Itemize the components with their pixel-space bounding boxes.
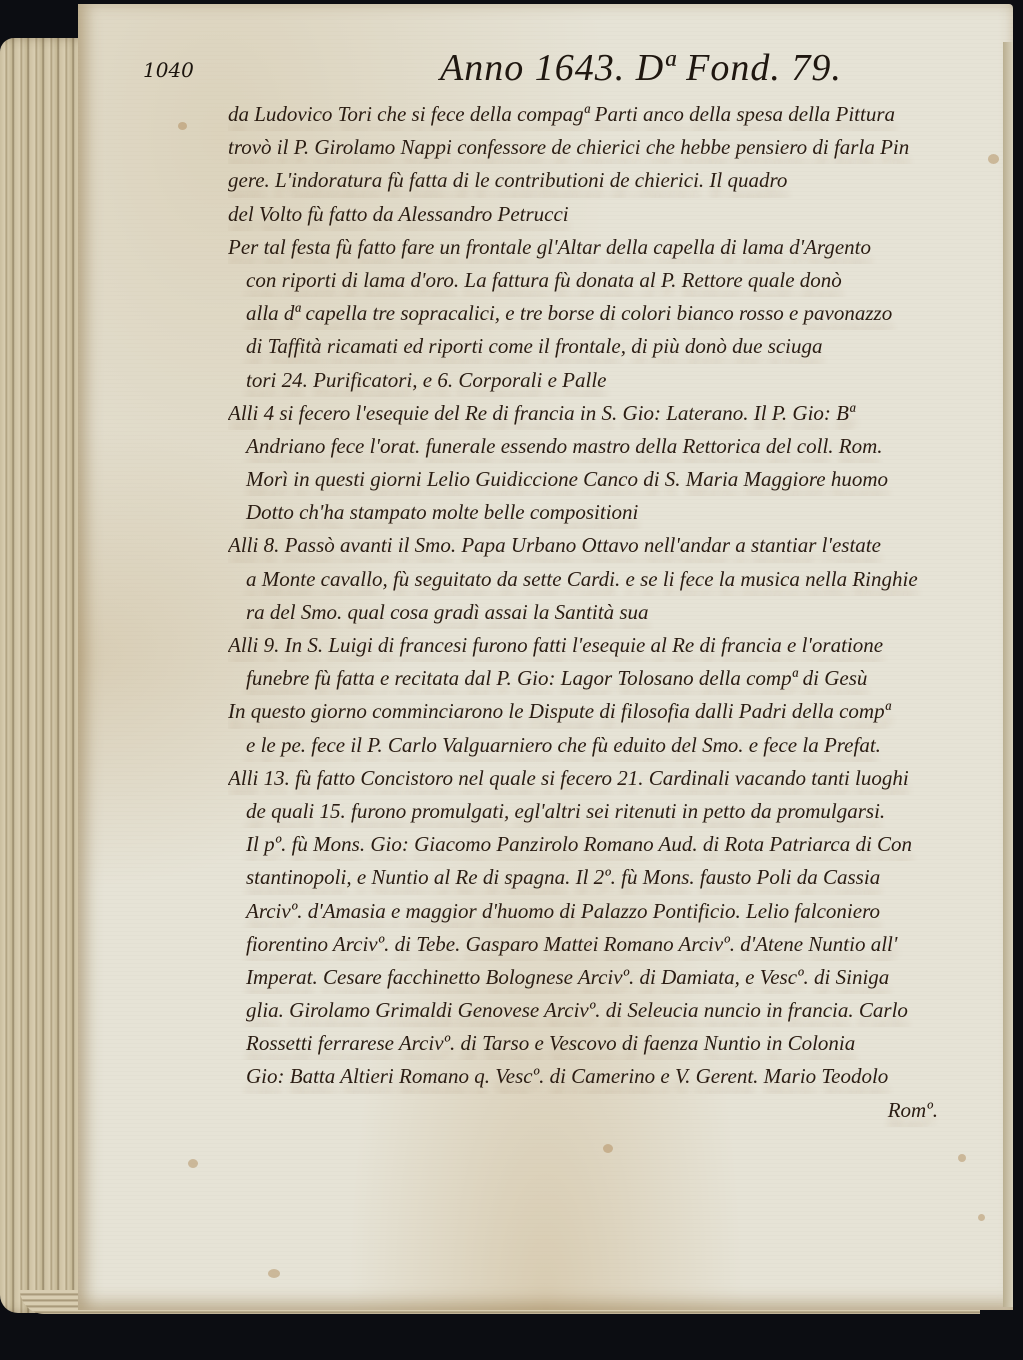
page-right-edge (1003, 42, 1013, 1307)
text-line: di Taffità ricamati ed riporti come il f… (228, 330, 968, 363)
text-line: Morì in questi giorni Lelio Guidiccione … (228, 463, 968, 496)
text-line: ra del Smo. qual cosa gradì assai la San… (228, 596, 968, 629)
text-line: con riporti di lama d'oro. La fattura fù… (228, 264, 968, 297)
text-line: funebre fù fatta e recitata dal P. Gio: … (228, 662, 968, 695)
foxing-spot (178, 122, 187, 130)
text-line: stantinopoli, e Nuntio al Re di spagna. … (228, 861, 968, 894)
text-line: Per tal festa fù fatto fare un frontale … (228, 231, 968, 264)
manuscript-text: da Ludovico Tori che si fece della compa… (228, 98, 968, 1127)
text-line: Il pº. fù Mons. Gio: Giacomo Panzirolo R… (228, 828, 968, 861)
text-line: trovò il P. Girolamo Nappi confessore de… (228, 131, 968, 164)
foxing-spot (268, 1269, 280, 1278)
foxing-spot (988, 154, 999, 164)
foxing-spot (958, 1154, 966, 1162)
text-line: Andriano fece l'orat. funerale essendo m… (228, 430, 968, 463)
text-line: In questo giorno comminciarono le Disput… (228, 695, 968, 728)
text-line: Imperat. Cesare facchinetto Bolognese Ar… (228, 961, 968, 994)
text-line: e le pe. fece il P. Carlo Valguarniero c… (228, 729, 968, 762)
text-line: Romº. (228, 1094, 968, 1127)
text-line: Arcivº. d'Amasia e maggior d'huomo di Pa… (228, 895, 968, 928)
text-line: fiorentino Arcivº. di Tebe. Gasparo Matt… (228, 928, 968, 961)
text-line: Alli 4 si fecero l'esequie del Re di fra… (228, 397, 968, 430)
text-line: glia. Girolamo Grimaldi Genovese Arcivº.… (228, 994, 968, 1027)
text-line: del Volto fù fatto da Alessandro Petrucc… (228, 198, 968, 231)
text-line: a Monte cavallo, fù seguitato da sette C… (228, 563, 968, 596)
folio-number: 1040 (143, 58, 194, 82)
text-line: alla dª capella tre sopracalici, e tre b… (228, 297, 968, 330)
text-line: Gio: Batta Altieri Romano q. Vescº. di C… (228, 1060, 968, 1093)
text-line: gere. L'indoratura fù fatta di le contri… (228, 164, 968, 197)
text-line: Rossetti ferrarese Arcivº. di Tarso e Ve… (228, 1027, 968, 1060)
text-line: Alli 9. In S. Luigi di francesi furono f… (228, 629, 968, 662)
text-line: Dotto ch'ha stampato molte belle composi… (228, 496, 968, 529)
page-header: Anno 1643. Dª Fond. 79. (440, 46, 842, 90)
text-line: tori 24. Purificatori, e 6. Corporali e … (228, 364, 968, 397)
foxing-spot (603, 1144, 613, 1153)
text-line: Alli 13. fù fatto Concistoro nel quale s… (228, 762, 968, 795)
foxing-spot (978, 1214, 985, 1221)
text-line: Alli 8. Passò avanti il Smo. Papa Urbano… (228, 529, 968, 562)
text-line: da Ludovico Tori che si fece della compa… (228, 98, 968, 131)
text-line: de quali 15. furono promulgati, egl'altr… (228, 795, 968, 828)
foxing-spot (188, 1159, 198, 1168)
